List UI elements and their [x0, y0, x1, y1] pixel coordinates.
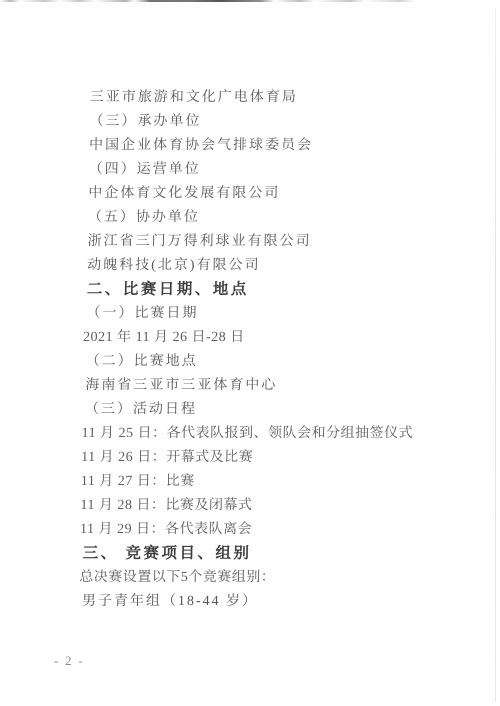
text-line-venue: 海南省三亚市三亚体育中心: [85, 374, 414, 398]
text-line-groups-intro: 总决赛设置以下5个竞赛组别：: [79, 566, 411, 590]
text-line-subsection-3: （三）承办单位: [89, 110, 418, 134]
text-line-subsection-2: （二）比赛地点: [85, 350, 414, 374]
document-content: 三亚市旅游和文化广电体育局 （三）承办单位 中国企业体育协会气排球委员会 （四）…: [82, 86, 419, 614]
scan-edge-right: [495, 8, 496, 702]
text-line-schedule: 11 月 28 日：比赛及闭幕式: [80, 494, 412, 518]
text-line-organizer: 中企体育文化发展有限公司: [88, 182, 417, 206]
text-line-subsection-3: （三）活动日程: [85, 398, 414, 422]
text-line-schedule: 11 月 26 日：开幕式及比赛: [81, 446, 413, 470]
text-line-schedule: 11 月 25 日：各代表队报到、领队会和分组抽签仪式: [81, 422, 413, 446]
text-line-schedule: 11 月 27 日：比赛: [81, 470, 413, 494]
section-heading-2: 二、比赛日期、地点: [87, 278, 416, 302]
text-line-subsection-5: （五）协办单位: [88, 206, 417, 230]
text-line-organizer: 浙江省三门万得利球业有限公司: [87, 230, 416, 254]
text-line-organizer: 中国企业体育协会气排球委员会: [89, 134, 418, 158]
text-line-schedule: 11 月 29 日：各代表队离会: [80, 518, 412, 542]
text-line-group-men-youth: 男子青年组（18-44 岁）: [82, 590, 411, 614]
scan-artifact-top: [0, 0, 500, 2]
text-line-date: 2021 年 11 月 26 日-28 日: [83, 326, 415, 350]
page-number: - 2 -: [54, 654, 85, 669]
text-line-organizer: 三亚市旅游和文化广电体育局: [90, 86, 419, 110]
text-line-subsection-4: （四）运营单位: [88, 158, 417, 182]
text-line-subsection-1: （一）比赛日期: [86, 302, 415, 326]
document-page: 三亚市旅游和文化广电体育局 （三）承办单位 中国企业体育协会气排球委员会 （四）…: [0, 0, 500, 706]
section-heading-3: 三、 竞赛项目、组别: [82, 542, 411, 566]
text-line-organizer: 动魄科技(北京)有限公司: [87, 254, 416, 278]
